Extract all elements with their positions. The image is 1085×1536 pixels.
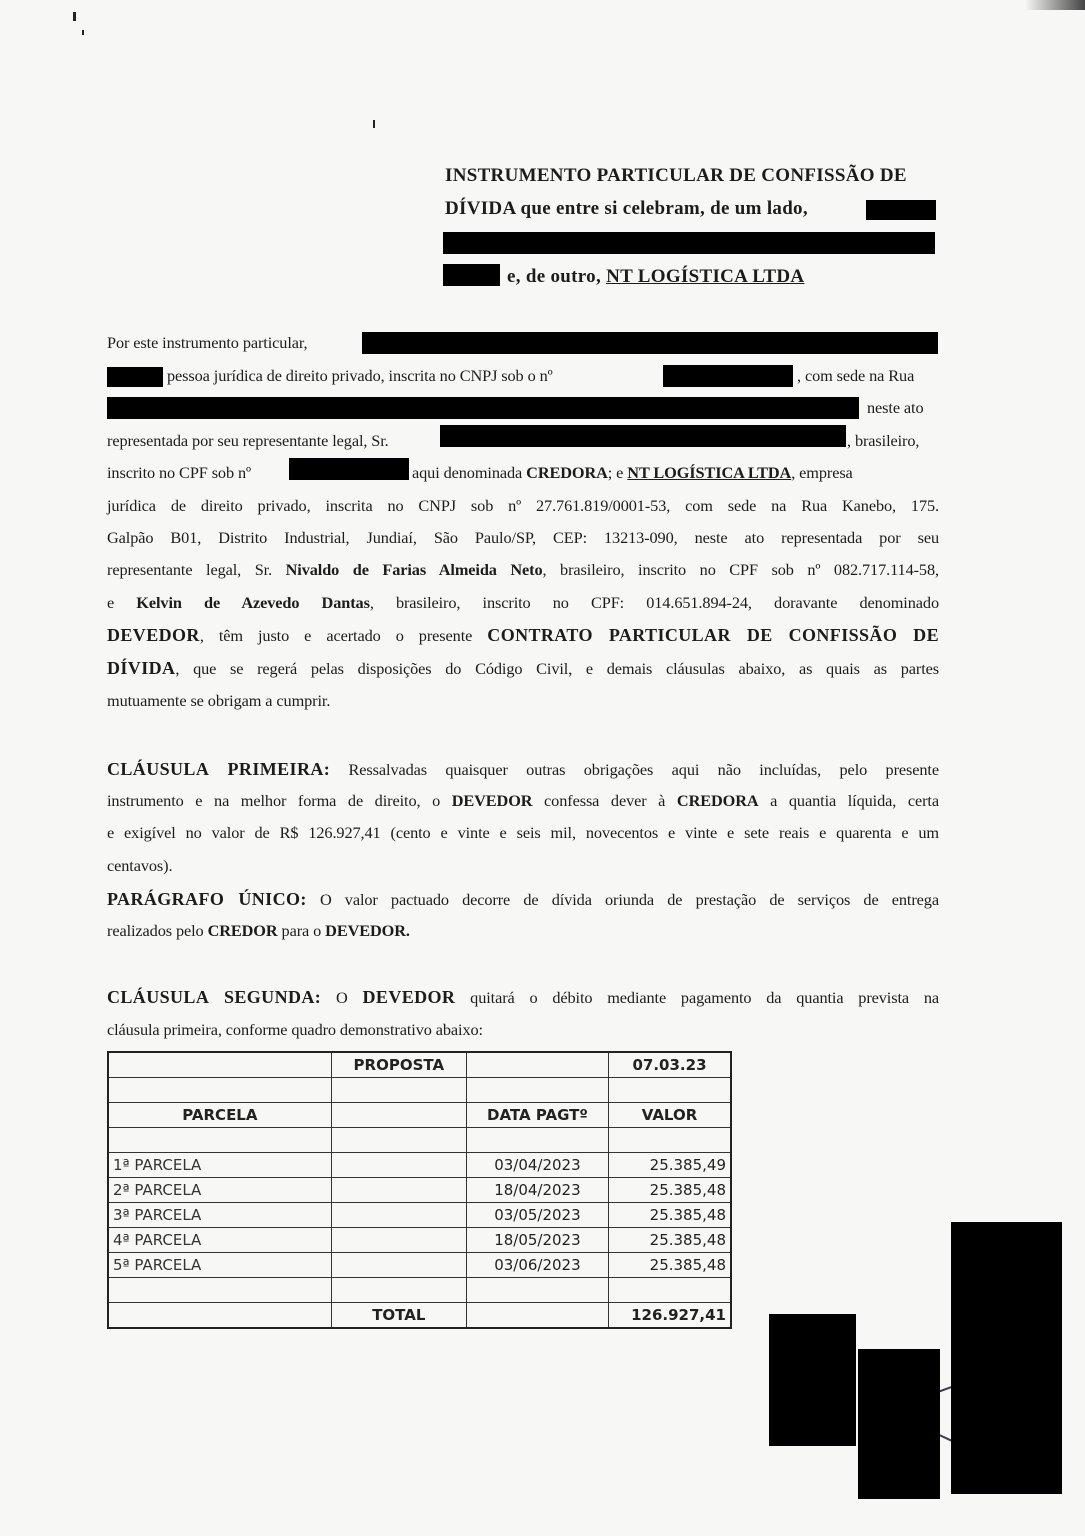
redaction-block [289, 458, 409, 480]
paragraph-line: PARÁGRAFO ÚNICO: O valor pactuado decorr… [107, 889, 939, 910]
preamble-line: pessoa jurídica de direito privado, insc… [167, 366, 553, 386]
preamble-line: inscrito no CPF sob nº [107, 463, 251, 483]
title-line-1: INSTRUMENTO PARTICULAR DE CONFISSÃO DE [445, 160, 907, 192]
text-span: , brasileiro, inscrito no CPF: 014.651.8… [370, 593, 939, 612]
creditor-label: CREDORA [526, 463, 608, 482]
text-span: aqui denominada [412, 463, 522, 482]
table-row: 5ª PARCELA 03/06/2023 25.385,48 [108, 1253, 731, 1278]
payment-schedule-table: PROPOSTA 07.03.23 PARCELA DATA PAGTº VAL… [107, 1051, 732, 1329]
text-span: , empresa [791, 463, 852, 482]
preamble-line: , brasileiro, [847, 431, 919, 451]
installment-date: 18/05/2023 [466, 1228, 608, 1253]
installment-value: 25.385,49 [609, 1153, 732, 1178]
text-span: O [336, 988, 348, 1007]
signature-redaction [769, 1314, 856, 1446]
text-span: instrumento e na melhor forma de direito… [107, 791, 440, 810]
preamble-line: , com sede na Rua [797, 366, 914, 386]
clause-line: CLÁUSULA PRIMEIRA: Ressalvadas quaisquer… [107, 759, 939, 780]
title-line-2: DÍVIDA que entre si celebram, de um lado… [445, 193, 808, 225]
preamble-line: mutuamente se obrigam a cumprir. [107, 691, 939, 711]
text-span: a quantia líquida, certa [770, 791, 939, 810]
text-span: O valor pactuado decorre de dívida oriun… [320, 890, 939, 909]
table-row: PROPOSTA 07.03.23 [108, 1052, 731, 1078]
preamble-line: DÍVIDA, que se regerá pelas disposições … [107, 658, 939, 679]
preamble-line: representante legal, Sr. Nivaldo de Fari… [107, 560, 939, 580]
debtor-label: DEVEDOR [363, 987, 456, 1007]
table-row [108, 1078, 731, 1103]
signature-redaction [951, 1222, 1062, 1494]
text-span: realizados pelo [107, 921, 204, 940]
creditor-label: CREDORA [677, 791, 759, 810]
debtor-label: DEVEDOR [452, 791, 533, 810]
paragraph-heading: PARÁGRAFO ÚNICO: [107, 889, 307, 909]
installment-label: 1ª PARCELA [108, 1153, 331, 1178]
clause-line: e exigível no valor de R$ 126.927,41 (ce… [107, 823, 939, 843]
installment-value: 25.385,48 [609, 1203, 732, 1228]
title-line-3-prefix: e, de outro, [507, 266, 601, 287]
debtor-label: DEVEDOR [107, 625, 200, 645]
representative-name: Nivaldo de Farias Almeida Neto [286, 560, 543, 579]
table-header-row: PARCELA DATA PAGTº VALOR [108, 1103, 731, 1128]
debtor-company-name: NT LOGÍSTICA LTDA [606, 266, 804, 287]
column-header-value: VALOR [609, 1103, 732, 1128]
text-span: para o [282, 921, 322, 940]
text-span: ; e [608, 463, 624, 482]
debtor-company-name: NT LOGÍSTICA LTDA [627, 463, 791, 482]
clause-line: CLÁUSULA SEGUNDA: O DEVEDOR quitará o dé… [107, 987, 939, 1008]
signature-redaction [858, 1349, 940, 1499]
redaction-block [866, 200, 936, 220]
installment-date: 03/05/2023 [466, 1203, 608, 1228]
installment-date: 03/04/2023 [466, 1153, 608, 1178]
table-row [108, 1278, 731, 1303]
total-value: 126.927,41 [609, 1303, 732, 1329]
preamble-line: neste ato [867, 398, 924, 418]
representative-name: Kelvin de Azevedo Dantas [136, 593, 370, 612]
clause-line: cláusula primeira, conforme quadro demon… [107, 1020, 939, 1040]
redaction-block [107, 367, 163, 387]
scan-speck [373, 120, 375, 128]
column-header-date: DATA PAGTº [466, 1103, 608, 1128]
contract-name: CONTRATO PARTICULAR DE CONFISSÃO DE [487, 625, 939, 645]
paragraph-line: realizados pelo CREDOR para o DEVEDOR. [107, 921, 939, 941]
proposal-label: PROPOSTA [331, 1052, 466, 1078]
creditor-label: CREDOR [208, 921, 278, 940]
text-span: , brasileiro, inscrito no CPF sob nº 082… [543, 560, 939, 579]
text-span: representante legal, Sr. [107, 560, 272, 579]
installment-label: 5ª PARCELA [108, 1253, 331, 1278]
preamble-line: DEVEDOR, têm justo e acertado o presente… [107, 625, 939, 646]
redaction-block [443, 264, 500, 286]
page-edge-shadow [1025, 0, 1085, 10]
contract-name: DÍVIDA [107, 658, 175, 678]
text-span: Ressalvadas quaisquer outras obrigações … [349, 760, 939, 779]
installment-value: 25.385,48 [609, 1228, 732, 1253]
text-span: , que se regerá pelas disposições do Cód… [175, 659, 939, 678]
clause-line: centavos). [107, 856, 939, 876]
clause-line: instrumento e na melhor forma de direito… [107, 791, 939, 811]
preamble-line: Galpão B01, Distrito Industrial, Jundiaí… [107, 528, 939, 548]
table-total-row: TOTAL 126.927,41 [108, 1303, 731, 1329]
redaction-block [107, 397, 859, 419]
text-span: confessa dever à [544, 791, 665, 810]
installment-value: 25.385,48 [609, 1178, 732, 1203]
preamble-line: jurídica de direito privado, inscrita no… [107, 496, 939, 516]
table-row: 2ª PARCELA 18/04/2023 25.385,48 [108, 1178, 731, 1203]
text-span: e [107, 593, 114, 612]
preamble-line: e Kelvin de Azevedo Dantas, brasileiro, … [107, 593, 939, 613]
debtor-label: DEVEDOR. [325, 921, 410, 940]
table-row: 1ª PARCELA 03/04/2023 25.385,49 [108, 1153, 731, 1178]
redaction-block [440, 425, 846, 447]
clause-heading: CLÁUSULA PRIMEIRA: [107, 759, 330, 779]
text-span: , têm justo e acertado o presente [200, 626, 472, 645]
text-span: quitará o débito mediante pagamento da q… [470, 988, 939, 1007]
preamble-line: representada por seu representante legal… [107, 431, 389, 451]
preamble-line: aqui denominada CREDORA; e NT LOGÍSTICA … [412, 463, 853, 483]
title-line-3: e, de outro, NT LOGÍSTICA LTDA [507, 261, 804, 293]
installment-label: 3ª PARCELA [108, 1203, 331, 1228]
table-row: 3ª PARCELA 03/05/2023 25.385,48 [108, 1203, 731, 1228]
clause-heading: CLÁUSULA SEGUNDA: [107, 987, 321, 1007]
installment-value: 25.385,48 [609, 1253, 732, 1278]
installment-date: 03/06/2023 [466, 1253, 608, 1278]
total-label: TOTAL [331, 1303, 466, 1329]
table-row [108, 1128, 731, 1153]
redaction-block [443, 232, 935, 254]
redaction-block [362, 332, 938, 354]
table-row: 4ª PARCELA 18/05/2023 25.385,48 [108, 1228, 731, 1253]
proposal-date: 07.03.23 [609, 1052, 732, 1078]
redaction-block [663, 365, 793, 387]
column-header-installment: PARCELA [108, 1103, 331, 1128]
installment-date: 18/04/2023 [466, 1178, 608, 1203]
installment-label: 2ª PARCELA [108, 1178, 331, 1203]
scan-speck [82, 30, 84, 35]
installment-label: 4ª PARCELA [108, 1228, 331, 1253]
scan-speck [73, 12, 76, 21]
